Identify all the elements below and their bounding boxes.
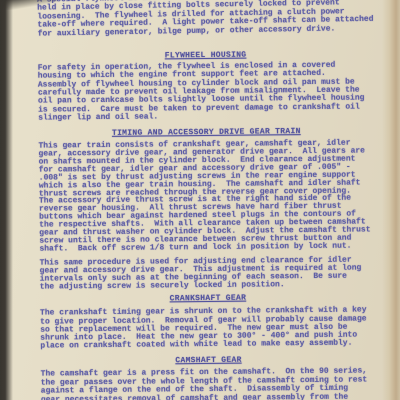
paragraph: This gear train consists of crankshaft g… (38, 139, 375, 253)
scan-edge-left (0, 0, 13, 400)
section-flywheel-housing: FLYWHEEL HOUSINGFor safety in operation,… (38, 49, 375, 122)
intro-paragraph: A special flywheel is mounted on the fro… (37, 0, 374, 39)
text-line: shaft. Back off screw 1/8 turn and lock … (39, 242, 375, 253)
section-heading: CRANKSHAFT GEAR (40, 293, 376, 305)
section-crankshaft-gear: CRANKSHAFT GEARThe crankshaft timing gea… (40, 293, 377, 351)
paragraph: The crankshaft timing gear is shrunk on … (40, 307, 376, 351)
section-heading: CAMSHAFT GEAR (40, 355, 376, 367)
text-line: place on crankshaft coated with white le… (40, 340, 376, 351)
section-heading: TIMING AND ACCESSORY DRIVE GEAR TRAIN (38, 126, 374, 138)
paragraph: The camshaft gear is a press fit on the … (41, 368, 377, 400)
scanned-page: A special flywheel is mounted on the fro… (0, 0, 400, 400)
section-heading: FLYWHEEL HOUSING (38, 49, 374, 61)
paragraph: For safety in operation, the flywheel is… (38, 61, 375, 122)
section-timing-and-accessory-drive-gear-train: TIMING AND ACCESSORY DRIVE GEAR TRAINThi… (38, 126, 376, 291)
content: A special flywheel is mounted on the fro… (37, 0, 377, 400)
page-curl-edge-right (382, 0, 400, 400)
section-camshaft-gear: CAMSHAFT GEARThe camshaft gear is a pres… (40, 355, 376, 400)
text-line: the adjusting screw is securely locked i… (40, 280, 376, 291)
paragraph: This same procedure is used for adjustin… (40, 256, 376, 291)
corner-shadow (0, 0, 58, 10)
